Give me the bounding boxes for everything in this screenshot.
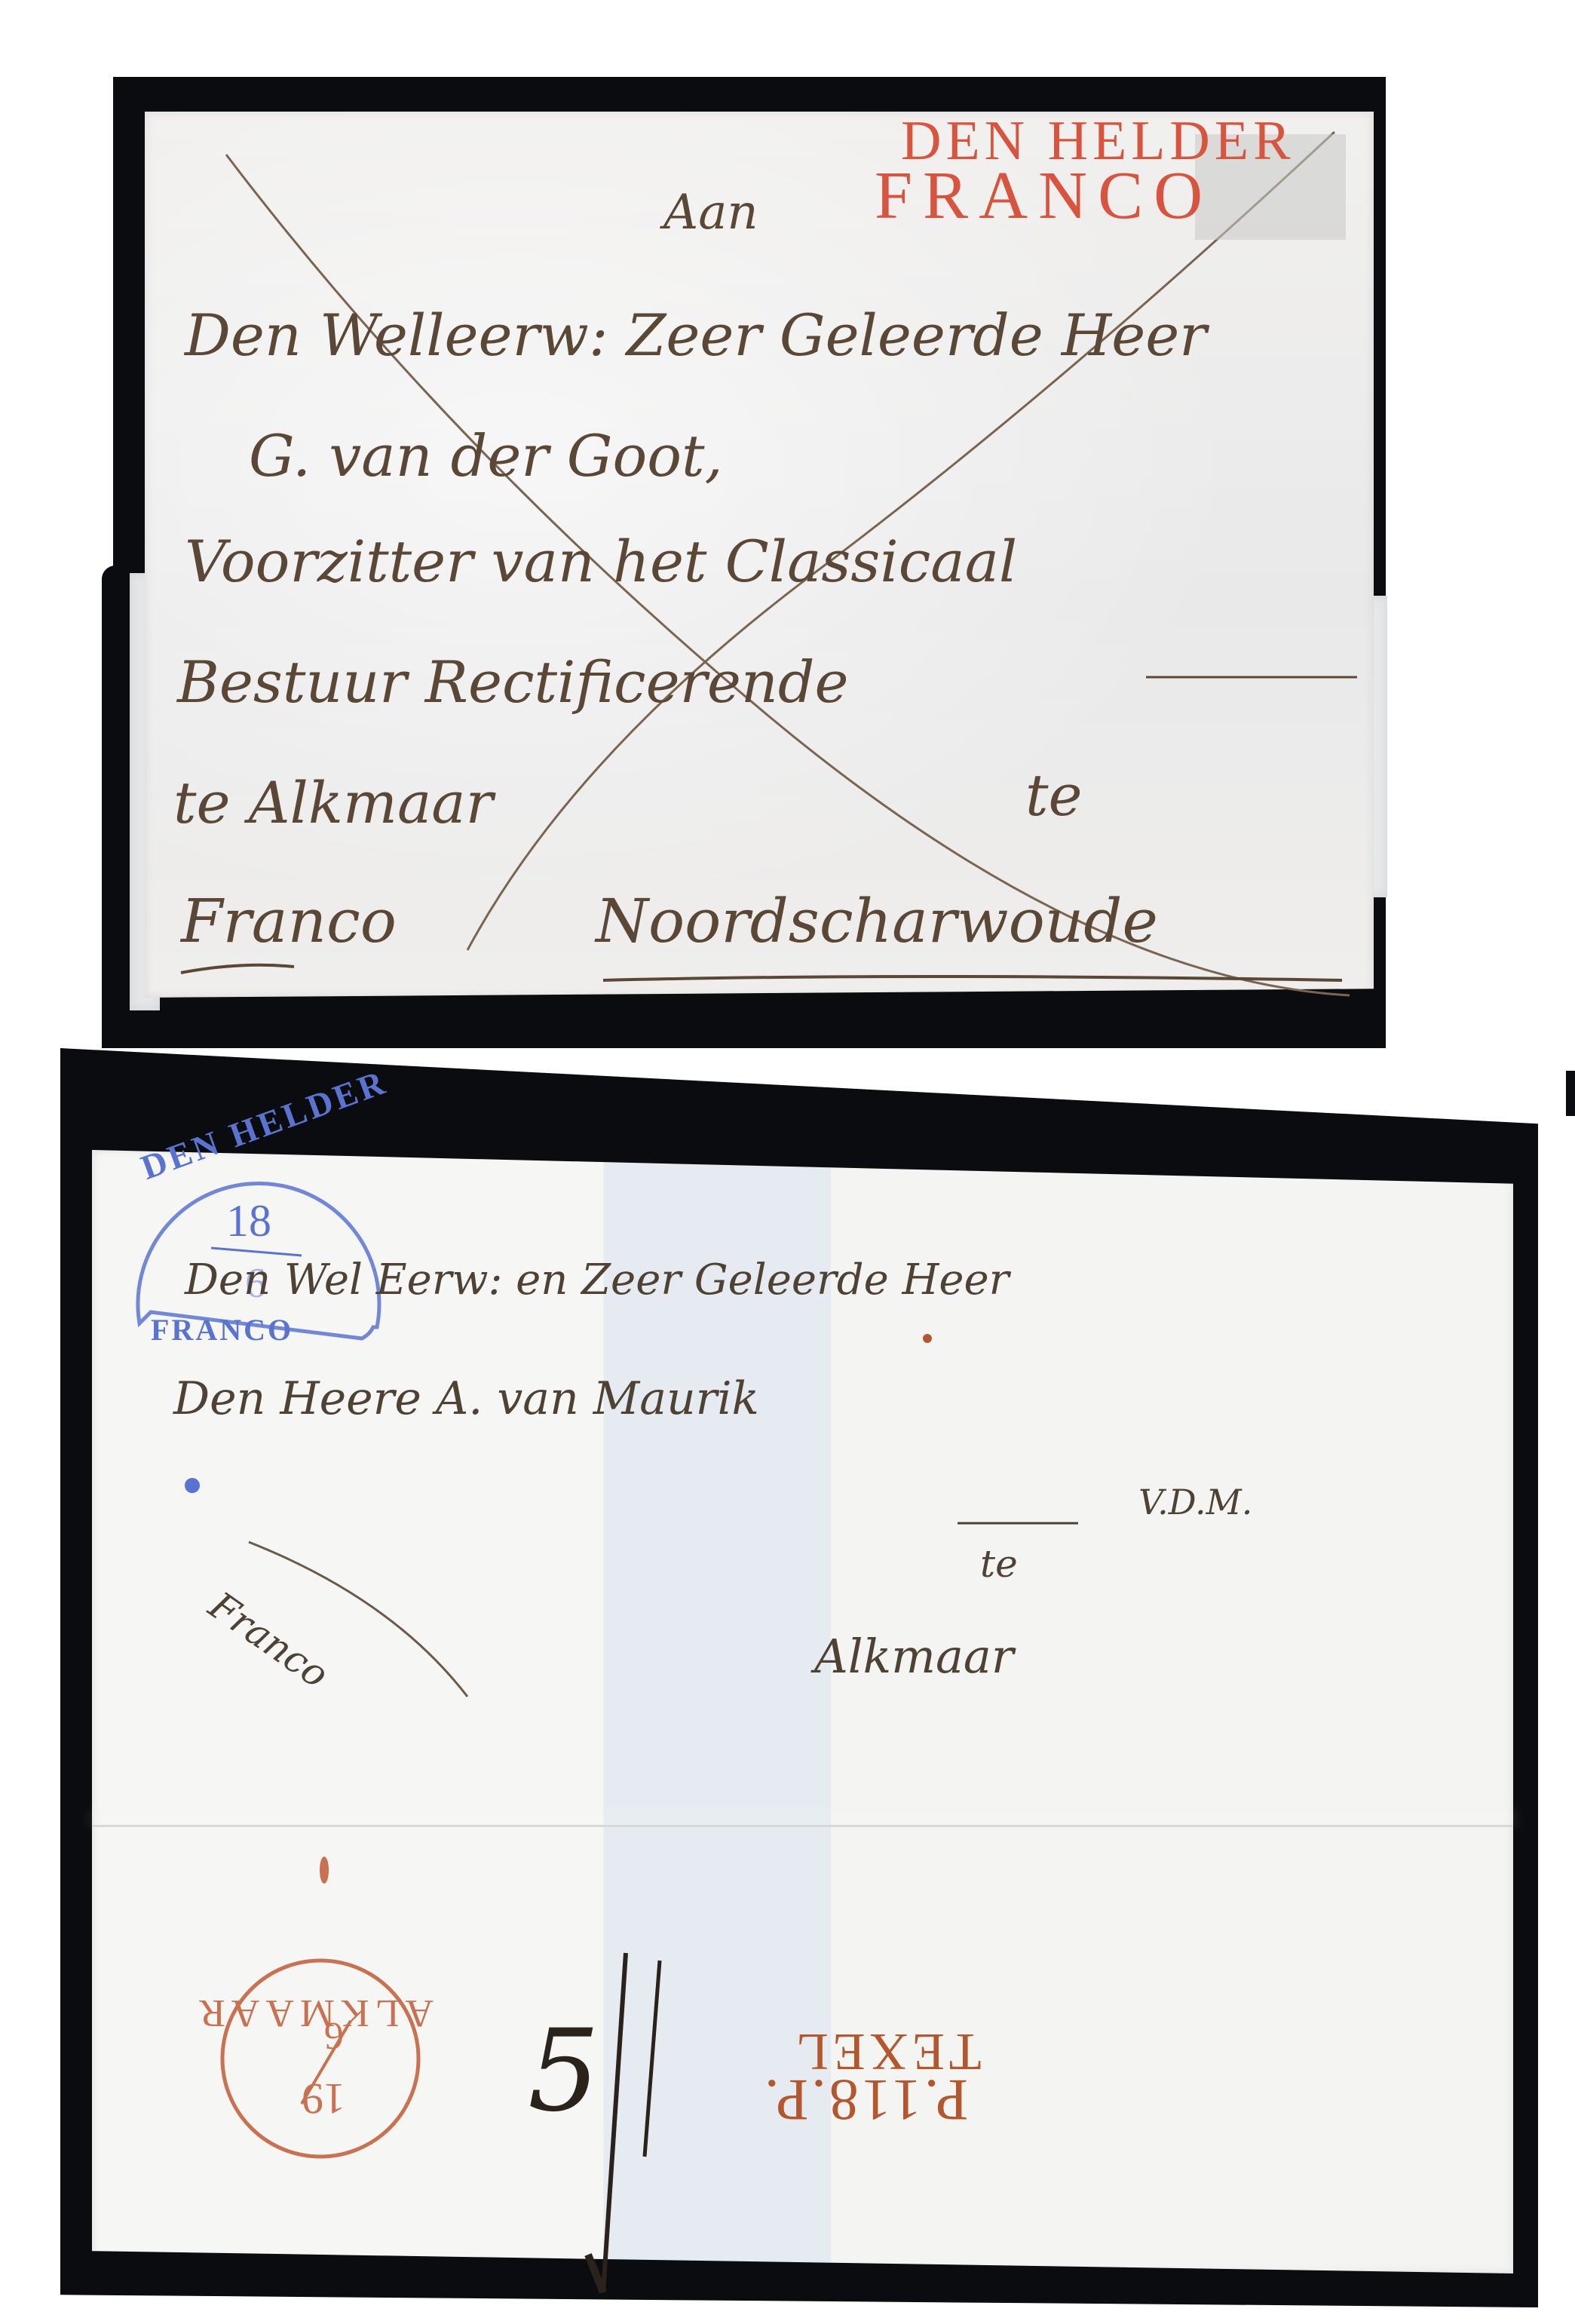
address-line-vdm: V.D.M. xyxy=(1138,1482,1252,1522)
arrival-stamp-day: 19 xyxy=(302,2074,345,2124)
address-line-bestuur: Bestuur Rectificerende xyxy=(177,648,848,716)
mount-background-top-left xyxy=(102,566,132,1048)
postage-rate-mark: 5 xyxy=(528,2006,599,2137)
address-line-name: G. van der Goot, xyxy=(249,422,723,489)
arrival-stamp-month: 6 xyxy=(324,2013,344,2058)
origin-stamp-franco: FRANCO xyxy=(151,1312,293,1347)
address-line-alkmaar: te Alkmaar xyxy=(173,769,493,836)
address-line-office: Voorzitter van het Classicaal xyxy=(185,528,1017,595)
address-line-aan: Aan xyxy=(663,185,758,241)
address-line-te: te xyxy=(980,1542,1018,1586)
address-line-salutation: Den Wel Eerw: en Zeer Geleerde Heer xyxy=(185,1256,1009,1305)
franco-handwritten: Franco xyxy=(181,886,397,956)
franco-stamp-line2: FRANCO xyxy=(875,162,1213,230)
letter-bottom-fold xyxy=(92,1825,1513,1827)
origin-stamp-day: 18 xyxy=(226,1195,271,1247)
address-line-recipient: Den Heere A. van Maurik xyxy=(173,1372,759,1425)
address-line-title: Den Welleerw: Zeer Geleerde Heer xyxy=(185,302,1207,369)
address-place-te: te xyxy=(1025,762,1083,829)
destination-noordscharwoude: Noordscharwoude xyxy=(596,886,1158,956)
address-line-alkmaar: Alkmaar xyxy=(814,1629,1014,1684)
edge-mark xyxy=(1566,1071,1575,1116)
transit-stamp-line2: TEXEL xyxy=(792,2021,982,2081)
arrival-stamp-town: ALKMAAR xyxy=(207,1991,434,2035)
